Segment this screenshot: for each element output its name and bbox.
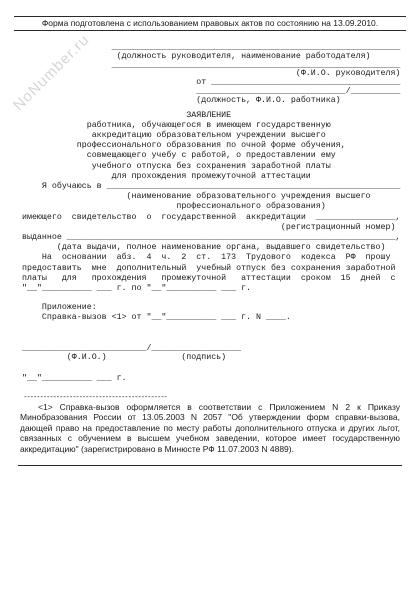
document-title: ЗАЯВЛЕНИЕ работника, обучающегося в имею…	[22, 111, 420, 182]
signature-block: _________________________/______________…	[22, 344, 420, 362]
document-date-line: "__"__________ ___ г.	[22, 374, 420, 384]
footnote-separator: ----------------------------------------…	[24, 393, 420, 401]
document-page: NoNumber.ru Форма подготовлена с использ…	[0, 0, 420, 600]
addressee-block: ________________________________________…	[22, 44, 420, 106]
form-info-text: Форма подготовлена с использованием прав…	[42, 18, 378, 28]
document-body-text: Я обучаюсь в ___________________________…	[22, 182, 420, 294]
attachment-section: Приложение: Справка-вызов <1> от "__"___…	[22, 303, 420, 323]
bottom-rule	[18, 465, 402, 466]
footnote-text: <1> Справка-вызов оформляется в соответс…	[20, 402, 400, 455]
form-info-bar: Форма подготовлена с использованием прав…	[14, 16, 406, 31]
